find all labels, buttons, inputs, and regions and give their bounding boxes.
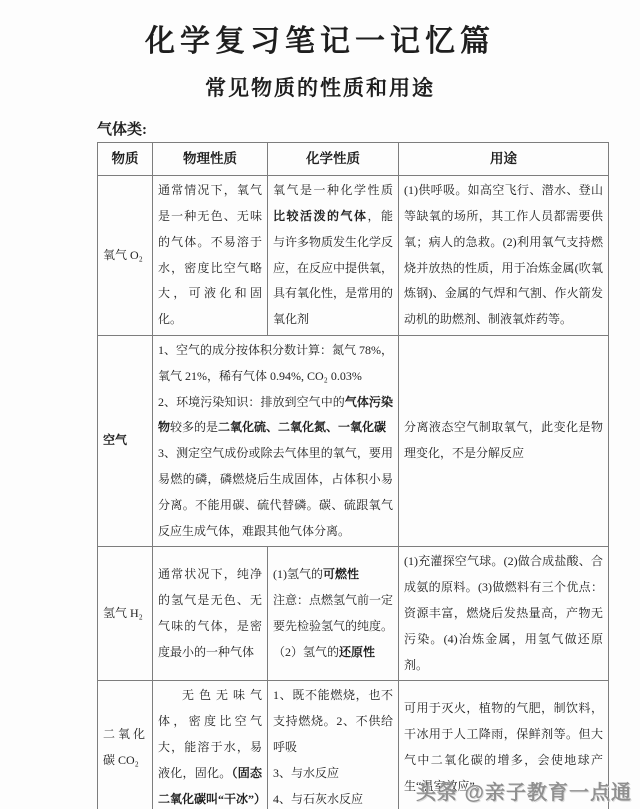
chemical-cell: 1、既不能燃烧，也不支持燃烧。2、不供给呼吸 3、与水反应 4、与石灰水反应 — [268, 681, 399, 809]
physical-chemical-merged-cell: 1、空气的成分按体积分数计算：氮气 78%，氧气 21%，稀有气体 0.94%,… — [153, 336, 399, 547]
col-header-substance: 物质 — [98, 143, 153, 176]
physical-cell: 通常情况下，氧气是一种无色、无味的气体。不易溶于水，密度比空气略大，可液化和固化… — [153, 176, 268, 336]
table-row-hydrogen: 氢气 H₂通常状况下，纯净的氢气是无色、无气味的气体，是密度最小的一种气体(1)… — [98, 547, 609, 681]
header-row: 物质 物理性质 化学性质 用途 — [98, 143, 609, 176]
gas-properties-table: 物质 物理性质 化学性质 用途 氧气 O₂通常情况下，氧气是一种无色、无味的气体… — [97, 142, 609, 809]
substance-cell: 空气 — [98, 336, 153, 547]
bold-text-segment: 比较活泼的气体 — [273, 209, 367, 223]
text-segment: 3、测定空气成份或除去气体里的氧气，要用易燃的磷，磷燃烧后生成固体，占体积小易分… — [158, 446, 393, 537]
bold-text-segment: 还原性 — [339, 645, 375, 659]
text-segment: (1)氢气的 — [273, 567, 323, 581]
physical-cell: 通常状况下，纯净的氢气是无色、无气味的气体，是密度最小的一种气体 — [153, 547, 268, 681]
text-segment: 分离液态空气制取氧气，此变化是物理变化，不是分解反应 — [404, 420, 603, 460]
col-header-chemical: 化学性质 — [268, 143, 399, 176]
content-area: 气体类: 物质 物理性质 化学性质 用途 氧气 O₂通常情况下，氧气是一种无色、… — [97, 118, 608, 809]
chemical-cell: (1)氢气的可燃性 注意：点燃氢气前一定要先检验氢气的纯度。 （2）氢气的还原性 — [268, 547, 399, 681]
physical-cell: 无色无味气体，密度比空气大，能溶于水，易液化，固化。（固态二氧化碳叫“干冰”） — [153, 681, 268, 809]
uses-cell: (1)充灌探空气球。(2)做合成盐酸、合成氨的原料。(3)做燃料有三个优点：资源… — [399, 547, 609, 681]
substance-cell: 氢气 H₂ — [98, 547, 153, 681]
page-title: 化学复习笔记一记忆篇 — [10, 16, 630, 60]
page: 化学复习笔记一记忆篇 常见物质的性质和用途 气体类: 物质 物理性质 化学性质 … — [0, 16, 640, 809]
table-row-oxygen: 氧气 O₂通常情况下，氧气是一种无色、无味的气体。不易溶于水，密度比空气略大，可… — [98, 176, 609, 336]
text-segment: ，能与许多物质发生化学反应，在反应中提供氧，具有氧化性，是常用的氧化剂 — [273, 209, 393, 326]
text-segment: 通常情况下，氧气是一种无色、无味的气体。不易溶于水，密度比空气略大，可液化和固化… — [158, 183, 262, 326]
col-header-physical: 物理性质 — [153, 143, 268, 176]
text-segment: (1)供呼吸。如高空飞行、潜水、登山等缺氧的场所，其工作人员都需要供氧；病人的急… — [404, 183, 603, 326]
col-header-uses: 用途 — [399, 143, 609, 176]
chemical-cell: 氧气是一种化学性质比较活泼的气体，能与许多物质发生化学反应，在反应中提供氧，具有… — [268, 176, 399, 336]
uses-cell: 分离液态空气制取氧气，此变化是物理变化，不是分解反应 — [399, 336, 609, 547]
table-row-air: 空气1、空气的成分按体积分数计算：氮气 78%，氧气 21%，稀有气体 0.94… — [98, 336, 609, 547]
substance-cell: 氧气 O₂ — [98, 176, 153, 336]
text-segment: 通常状况下，纯净的氢气是无色、无气味的气体，是密度最小的一种气体 — [158, 567, 262, 658]
text-segment: (1)充灌探空气球。(2)做合成盐酸、合成氨的原料。(3)做燃料有三个优点：资源… — [404, 554, 603, 671]
section-label: 气体类: — [97, 118, 608, 139]
text-segment: 氧气是一种化学性质 — [273, 183, 393, 197]
substance-cell: 二 氧 化 碳 CO₂ — [98, 681, 153, 809]
text-segment: 较多的是 — [170, 420, 218, 434]
text-segment: 1、既不能燃烧，也不支持燃烧。2、不供给呼吸 3、与水反应 4、与石灰水反应 — [273, 688, 393, 805]
uses-cell: (1)供呼吸。如高空飞行、潜水、登山等缺氧的场所，其工作人员都需要供氧；病人的急… — [399, 176, 609, 336]
bold-text-segment: 可燃性 — [323, 567, 359, 581]
page-subtitle: 常见物质的性质和用途 — [10, 72, 630, 102]
watermark: 头条 @亲子教育一点通 — [416, 776, 632, 805]
table-body: 氧气 O₂通常情况下，氧气是一种无色、无味的气体。不易溶于水，密度比空气略大，可… — [98, 176, 609, 809]
bold-text-segment: 二氧化硫、二氧化氮、一氧化碳 — [218, 420, 386, 434]
